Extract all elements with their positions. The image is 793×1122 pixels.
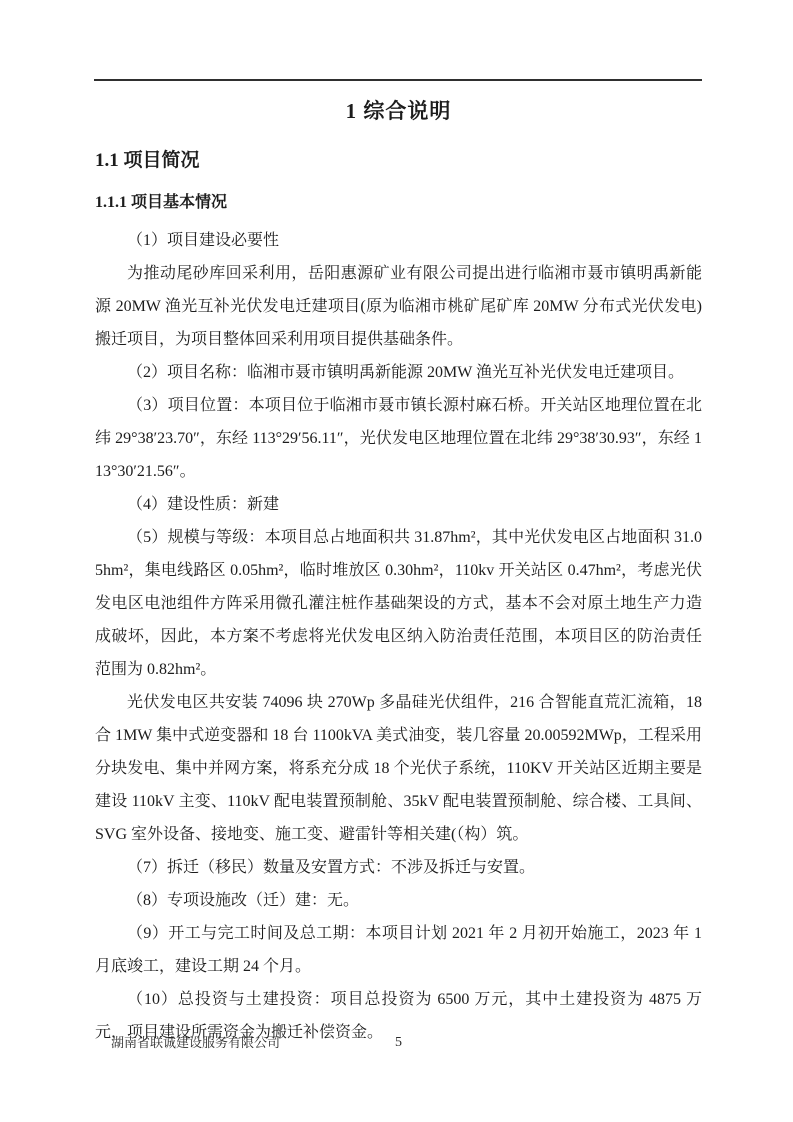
paragraph-block: （1）项目建设必要性 为推动尾砂库回采利用，岳阳惠源矿业有限公司提出进行临湘市聂… <box>95 224 702 1049</box>
paragraph-item-1: （1）项目建设必要性 <box>95 224 702 257</box>
paragraph-item-10: （9）开工与完工时间及总工期：本项目计划 2021 年 2 月初开始施工，202… <box>95 917 702 983</box>
paragraph-item-5: （4）建设性质：新建 <box>95 488 702 521</box>
chapter-title: 1 综合说明 <box>95 96 702 126</box>
paragraph-item-2: 为推动尾砂库回采利用，岳阳惠源矿业有限公司提出进行临湘市聂市镇明禹新能源 20M… <box>95 257 702 356</box>
section-heading: 1.1 项目简况 <box>95 148 702 174</box>
subsection-heading: 1.1.1 项目基本情况 <box>95 191 702 214</box>
paragraph-item-4: （3）项目位置：本项目位于临湘市聂市镇长源村麻石桥。开关站区地理位置在北纬 29… <box>95 389 702 488</box>
header-divider <box>94 79 702 81</box>
paragraph-item-6: （5）规模与等级：本项目总占地面积共 31.87hm²，其中光伏发电区占地面积 … <box>95 521 702 686</box>
paragraph-item-7: 光伏发电区共安装 74096 块 270Wp 多晶硅光伏组件，216 合智能直荒… <box>95 686 702 851</box>
document-content: 1 综合说明 1.1 项目简况 1.1.1 项目基本情况 （1）项目建设必要性 … <box>95 84 702 1049</box>
footer-company-name: 湖南省联诚建设服务有限公司 <box>111 1034 280 1052</box>
paragraph-item-3: （2）项目名称：临湘市聂市镇明禹新能源 20MW 渔光互补光伏发电迁建项目。 <box>95 356 702 389</box>
paragraph-item-8: （7）拆迁（移民）数量及安置方式：不涉及拆迁与安置。 <box>95 851 702 884</box>
paragraph-item-9: （8）专项设施改（迁）建：无。 <box>95 884 702 917</box>
document-page: 1 综合说明 1.1 项目简况 1.1.1 项目基本情况 （1）项目建设必要性 … <box>0 0 793 1122</box>
